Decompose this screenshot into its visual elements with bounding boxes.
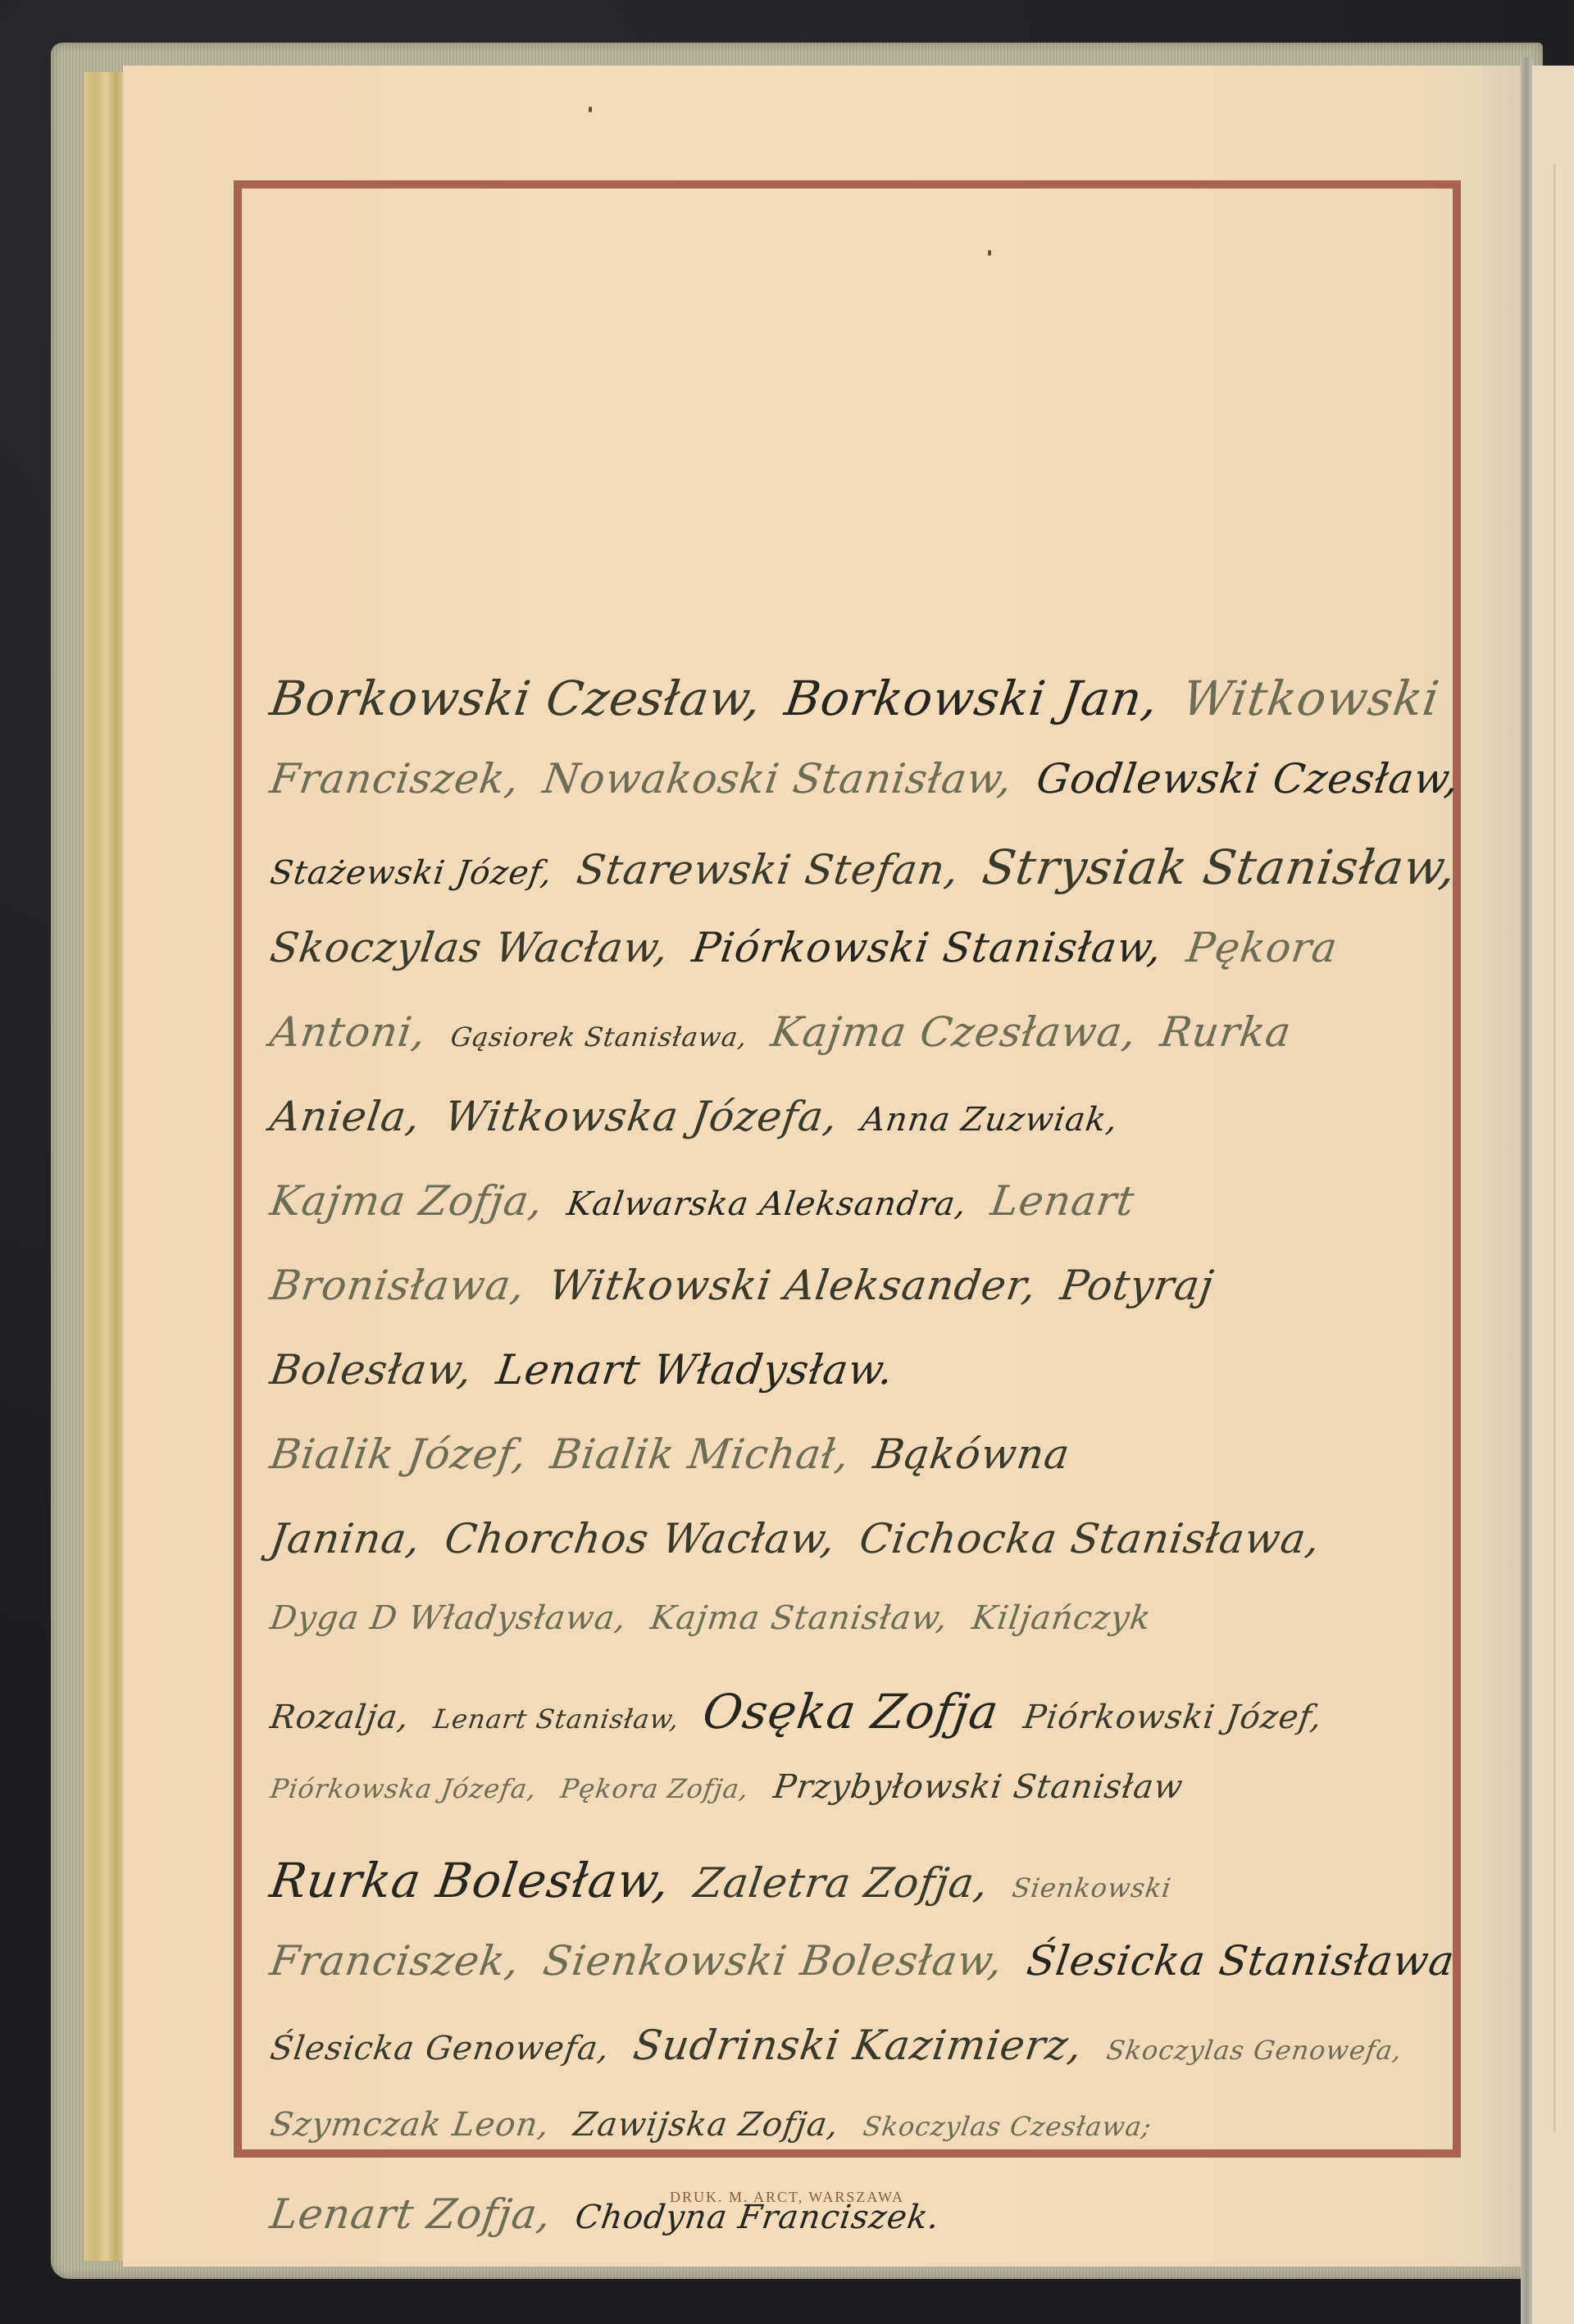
signature: Borkowski Jan, xyxy=(782,671,1162,726)
signature-line: Franciszek, Nowakoski Stanisław, Godlews… xyxy=(271,755,1443,839)
faint-printed-ornament xyxy=(246,221,1451,631)
signature: Anna Zuzwiak, xyxy=(859,1101,1121,1139)
signature: Skoczylas Wacław, xyxy=(267,924,671,971)
book-gutter xyxy=(1521,57,1532,2324)
signature: Zawijska Zofja, xyxy=(571,2106,842,2144)
signature: Sienkowski xyxy=(1010,1872,1173,1903)
signature-line: Bolesław, Lenart Władysław. xyxy=(271,1346,1443,1430)
signature-line: Franciszek, Sienkowski Bolesław, Ślesick… xyxy=(271,1937,1443,2022)
signature: Antoni, xyxy=(267,1008,430,1056)
signature: Witkowski Aleksander, xyxy=(546,1262,1039,1309)
signature-line: Rurka Bolesław, Zaletra Zofja, Sienkowsk… xyxy=(271,1853,1443,1937)
signature: Bolesław, xyxy=(267,1346,475,1394)
signature: Zaletra Zofja, xyxy=(691,1859,992,1907)
signature: Potyraj xyxy=(1058,1262,1217,1309)
signature: Kiljańczyk xyxy=(970,1599,1153,1637)
signature: Rurka xyxy=(1158,1008,1294,1056)
signature: Kalwarska Aleksandra, xyxy=(565,1185,970,1223)
signature: Godlewski Czesław, xyxy=(1034,755,1463,803)
signature-line: Stażewski Józef, Starewski Stefan, Strys… xyxy=(271,839,1443,924)
signature-line: Bronisława, Witkowski Aleksander, Potyra… xyxy=(271,1262,1443,1346)
adjacent-page-ornament xyxy=(1554,164,1574,2131)
signature-line: Piórkowska Józefa, Pękora Zofja, Przybył… xyxy=(271,1768,1443,1853)
signature: Przybyłowski Stanisław xyxy=(771,1768,1185,1806)
signature: Piórkowska Józefa, xyxy=(268,1773,539,1804)
signature: Ślesicka Stanisława xyxy=(1024,1937,1458,1985)
signature: Aniela, xyxy=(267,1093,424,1140)
signature-line: Bialik Józef, Bialik Michał, Bąkówna xyxy=(271,1430,1443,1515)
signature: Sienkowski Bolesław, xyxy=(540,1937,1006,1985)
signature: Ślesicka Genowefa, xyxy=(268,2030,612,2067)
signature: Bąkówna xyxy=(871,1430,1073,1478)
signature: Borkowski Czesław, xyxy=(266,671,765,726)
paper-speck xyxy=(589,107,592,112)
signature: Rurka Bolesław, xyxy=(266,1853,673,1908)
signature: Franciszek, xyxy=(267,755,523,803)
signature: Pękora xyxy=(1184,924,1340,971)
signature: Sudrinski Kazimierz, xyxy=(630,2022,1085,2069)
signature: Gąsiorek Stanisława, xyxy=(448,1021,749,1053)
signature-line: Borkowski Czesław, Borkowski Jan, Witkow… xyxy=(271,671,1443,755)
signature: Szymczak Leon, xyxy=(268,2106,553,2144)
signature: Lenart Władysław. xyxy=(494,1346,897,1394)
signature: Lenart Stanisław, xyxy=(431,1703,681,1735)
signature: Bialik Michał, xyxy=(548,1430,853,1478)
signature: Pękora Zofja, xyxy=(559,1773,752,1804)
signature-list: Borkowski Czesław, Borkowski Jan, Witkow… xyxy=(271,671,1443,2275)
signature: Witkowski xyxy=(1179,671,1443,726)
signature: Piórkowski Józef, xyxy=(1021,1699,1324,1736)
page-edges xyxy=(84,72,125,2261)
signature: Skoczylas Czesława; xyxy=(861,2111,1153,2142)
signature: Lenart xyxy=(988,1177,1138,1225)
signature: Kajma Zofja, xyxy=(267,1177,546,1225)
signature: Kajma Stanisław, xyxy=(648,1599,951,1637)
signature: Strysiak Stanisław, xyxy=(979,839,1459,895)
signature-line: Aniela, Witkowska Józefa, Anna Zuzwiak, xyxy=(271,1093,1443,1177)
signature-line: Rozalja, Lenart Stanisław, Osęka Zofja P… xyxy=(271,1684,1443,1768)
signature-line: Kajma Zofja, Kalwarska Aleksandra, Lenar… xyxy=(271,1177,1443,1262)
signature: Janina, xyxy=(267,1515,424,1562)
signature: Nowakoski Stanisław, xyxy=(540,755,1016,803)
signature: Kajma Czesława, xyxy=(768,1008,1140,1056)
signature: Dyga D Władysława, xyxy=(268,1599,629,1637)
signature-line: Janina, Chorchos Wacław, Cichocka Stanis… xyxy=(271,1515,1443,1599)
signature-line: Skoczylas Wacław, Piórkowski Stanisław, … xyxy=(271,924,1443,1008)
signature-line: Ślesicka Genowefa, Sudrinski Kazimierz, … xyxy=(271,2022,1443,2106)
signature: Bronisława, xyxy=(267,1262,528,1309)
signature: Chorchos Wacław, xyxy=(442,1515,839,1562)
signature: Osęka Zofja xyxy=(700,1684,1003,1740)
signature: Skoczylas Genowefa, xyxy=(1105,2035,1404,2066)
signature: Rozalja, xyxy=(268,1699,412,1736)
signature: Starewski Stefan, xyxy=(573,846,962,894)
signature-line: Szymczak Leon, Zawijska Zofja, Skoczylas… xyxy=(271,2106,1443,2190)
signature: Stażewski Józef, xyxy=(268,854,555,892)
signature: Franciszek, xyxy=(267,1937,523,1985)
signature: Piórkowski Stanisław, xyxy=(689,924,1166,971)
signature: Witkowska Józefa, xyxy=(442,1093,841,1140)
signature-line: Antoni, Gąsiorek Stanisława, Kajma Czesł… xyxy=(271,1008,1443,1093)
signature: Bialik Józef, xyxy=(267,1430,530,1478)
signature-line: Dyga D Władysława, Kajma Stanisław, Kilj… xyxy=(271,1599,1443,1684)
printer-imprint: DRUK. M. ARCT, WARSZAWA xyxy=(0,2189,1574,2206)
signature: Cichocka Stanisława, xyxy=(857,1515,1323,1562)
